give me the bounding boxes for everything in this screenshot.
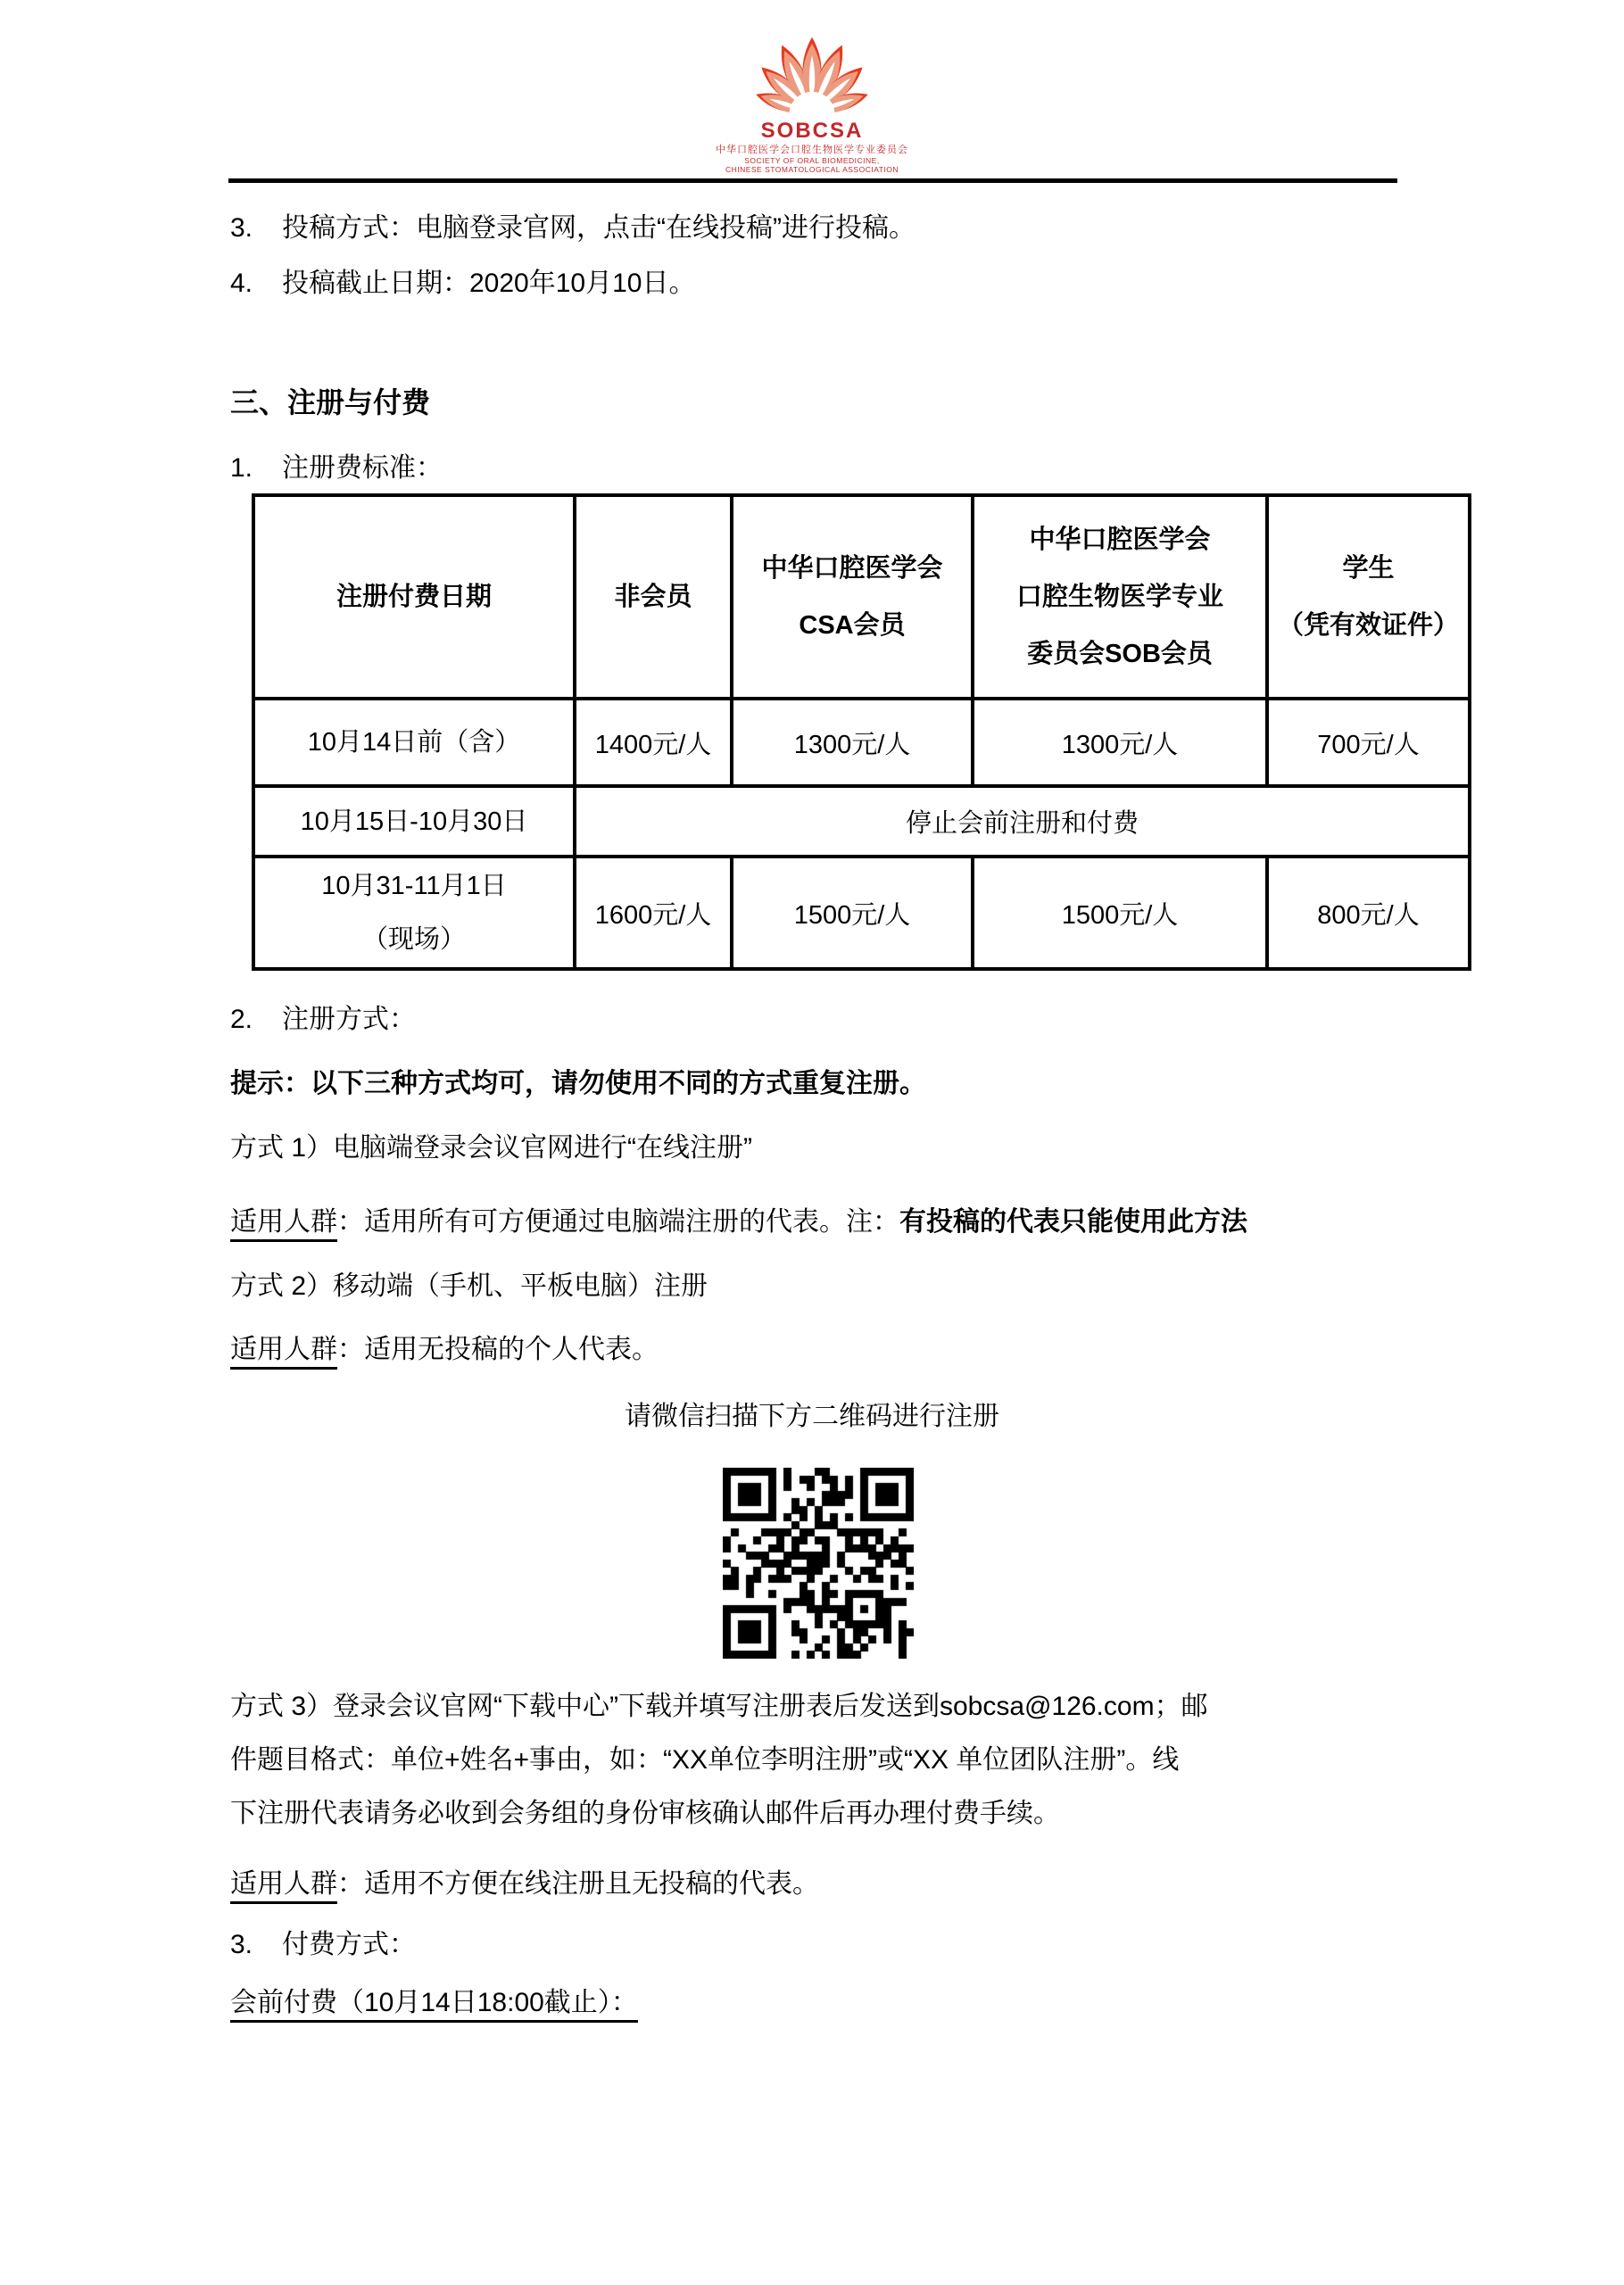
merged-cell: 停止会前注册和付费 xyxy=(575,786,1470,857)
text-segment: 适用人群 xyxy=(230,1335,337,1370)
list-text: 投稿截止日期：2020年10月10日。 xyxy=(282,269,695,298)
text-segment: 会前付费（10月14日18:00截止）： xyxy=(230,1988,638,2023)
paragraph-method-3: 方式 3）登录会议官网“下载中心”下载并填写注册表后发送到sobcsa@126.… xyxy=(230,1680,1208,1841)
fee-cell: 1600元/人 xyxy=(575,857,732,969)
header-line: 学生 xyxy=(1269,540,1468,597)
lotus-flower-icon xyxy=(735,27,889,118)
fee-cell: 1300元/人 xyxy=(973,699,1267,786)
header-line: 非会员 xyxy=(576,568,730,625)
paragraph-audience-3: 适用人群：适用不方便在线注册且无投稿的代表。 xyxy=(230,1858,819,1911)
list-number: 2. xyxy=(230,993,282,1047)
list-text: 注册费标准： xyxy=(282,453,443,483)
list-number: 4. xyxy=(230,257,282,310)
section-title: 注册与付费 xyxy=(287,386,430,418)
date-line: 10月15日-10月30日 xyxy=(255,795,573,849)
fee-cell: 1500元/人 xyxy=(732,857,973,969)
header-divider-line xyxy=(228,178,1397,183)
fee-cell: 1500元/人 xyxy=(973,857,1267,969)
table-header-row: 注册付费日期非会员中华口腔医学会CSA会员中华口腔医学会口腔生物医学专业委员会S… xyxy=(253,495,1470,699)
fee-cell: 1300元/人 xyxy=(732,699,973,786)
list-text: 注册方式： xyxy=(282,1005,416,1034)
paragraph-method-1: 方式 1）电脑端登录会议官网进行“在线注册” xyxy=(230,1122,752,1175)
logo-english-name-line2: CHINESE STOMATOLOGICAL ASSOCIATION xyxy=(0,165,1624,174)
fee-cell: 800元/人 xyxy=(1267,857,1470,969)
fee-cell: 1400元/人 xyxy=(575,699,732,786)
text-segment: 方式 1）电脑端登录会议官网进行“在线注册” xyxy=(230,1133,752,1163)
header-line: 注册付费日期 xyxy=(255,568,573,625)
date-line: （现场） xyxy=(255,913,573,966)
section-number: 三、 xyxy=(230,376,287,429)
date-cell: 10月15日-10月30日 xyxy=(253,786,575,857)
date-line: 10月31-11月1日 xyxy=(255,859,573,913)
text-line: 下注册代表请务必收到会务组的身份审核确认邮件后再办理付费手续。 xyxy=(230,1787,1208,1841)
table-header-cell: 中华口腔医学会口腔生物医学专业委员会SOB会员 xyxy=(973,495,1267,699)
list-number: 3. xyxy=(230,202,282,255)
header-line: 委员会SOB会员 xyxy=(974,625,1265,683)
paragraph-method-2: 方式 2）移动端（手机、平板电脑）注册 xyxy=(230,1260,708,1313)
registration-fee-table: 注册付费日期非会员中华口腔医学会CSA会员中华口腔医学会口腔生物医学专业委员会S… xyxy=(252,493,1471,971)
header-line: （凭有效证件） xyxy=(1269,597,1468,654)
document-page: SOBCSA 中华口腔医学会口腔生物医学专业委员会 SOCIETY OF ORA… xyxy=(0,0,1624,2285)
sobcsa-logo: SOBCSA 中华口腔医学会口腔生物医学专业委员会 SOCIETY OF ORA… xyxy=(0,27,1624,174)
paragraph-audience-2: 适用人群：适用无投稿的个人代表。 xyxy=(230,1323,659,1377)
list-number: 3. xyxy=(230,1918,282,1972)
logo-brand-text: SOBCSA xyxy=(0,120,1624,143)
header-line: 中华口腔医学会 xyxy=(974,511,1265,568)
date-cell: 10月31-11月1日（现场） xyxy=(253,857,575,969)
table-header-cell: 学生（凭有效证件） xyxy=(1267,495,1470,699)
wechat-registration-qr-code xyxy=(723,1468,914,1659)
fee-cell: 700元/人 xyxy=(1267,699,1470,786)
text-line: 件题目格式：单位+姓名+事由，如：“XX单位李明注册”或“XX 单位团队注册”。… xyxy=(230,1734,1208,1787)
list-text: 付费方式： xyxy=(282,1930,416,1959)
date-line: 10月14日前（含） xyxy=(255,716,573,769)
text-segment: ：适用无投稿的个人代表。 xyxy=(337,1335,659,1364)
text-segment: 有投稿的代表只能使用此方法 xyxy=(899,1207,1247,1237)
list-item-registration-method: 2.注册方式： xyxy=(230,993,416,1047)
paragraph-prepay-deadline: 会前付费（10月14日18:00截止）： xyxy=(230,1976,638,2030)
list-item-payment-method: 3.付费方式： xyxy=(230,1918,416,1972)
text-segment: ：适用所有可方便通过电脑端注册的代表。注： xyxy=(337,1207,899,1237)
table-row: 10月15日-10月30日停止会前注册和付费 xyxy=(253,786,1470,857)
paragraph-audience-1: 适用人群：适用所有可方便通过电脑端注册的代表。注：有投稿的代表只能使用此方法 xyxy=(230,1196,1247,1249)
text-segment: 适用人群 xyxy=(230,1869,337,1904)
text-segment: 适用人群 xyxy=(230,1207,337,1242)
header-line: 中华口腔医学会 xyxy=(733,540,971,597)
header-line: 口腔生物医学专业 xyxy=(974,568,1265,625)
list-item-fee-standard: 1.注册费标准： xyxy=(230,442,443,495)
text-line: 方式 3）登录会议官网“下载中心”下载并填写注册表后发送到sobcsa@126.… xyxy=(230,1680,1208,1734)
paragraph-tip: 提示：以下三种方式均可，请勿使用不同的方式重复注册。 xyxy=(230,1057,926,1111)
table-row: 10月14日前（含）1400元/人1300元/人1300元/人700元/人 xyxy=(253,699,1470,786)
table-row: 10月31-11月1日（现场）1600元/人1500元/人1500元/人800元… xyxy=(253,857,1470,969)
section-heading-registration-payment: 三、注册与付费 xyxy=(230,376,430,429)
logo-english-name-line1: SOCIETY OF ORAL BIOMEDICINE, xyxy=(0,156,1624,165)
logo-chinese-name: 中华口腔医学会口腔生物医学专业委员会 xyxy=(0,145,1624,156)
header-line: CSA会员 xyxy=(733,597,971,654)
text-segment: 方式 2）移动端（手机、平板电脑）注册 xyxy=(230,1271,708,1301)
list-item-submission-method: 3.投稿方式：电脑登录官网，点击“在线投稿”进行投稿。 xyxy=(230,202,916,255)
table-header-cell: 非会员 xyxy=(575,495,732,699)
list-text: 投稿方式：电脑登录官网，点击“在线投稿”进行投稿。 xyxy=(282,213,916,243)
list-number: 1. xyxy=(230,442,282,495)
table-header-cell: 中华口腔医学会CSA会员 xyxy=(732,495,973,699)
date-cell: 10月14日前（含） xyxy=(253,699,575,786)
qr-caption: 请微信扫描下方二维码进行注册 xyxy=(0,1390,1624,1444)
text-segment: ：适用不方便在线注册且无投稿的代表。 xyxy=(337,1869,819,1899)
table-header-cell: 注册付费日期 xyxy=(253,495,575,699)
list-item-submission-deadline: 4.投稿截止日期：2020年10月10日。 xyxy=(230,257,695,310)
text-segment: 提示：以下三种方式均可，请勿使用不同的方式重复注册。 xyxy=(230,1069,926,1098)
